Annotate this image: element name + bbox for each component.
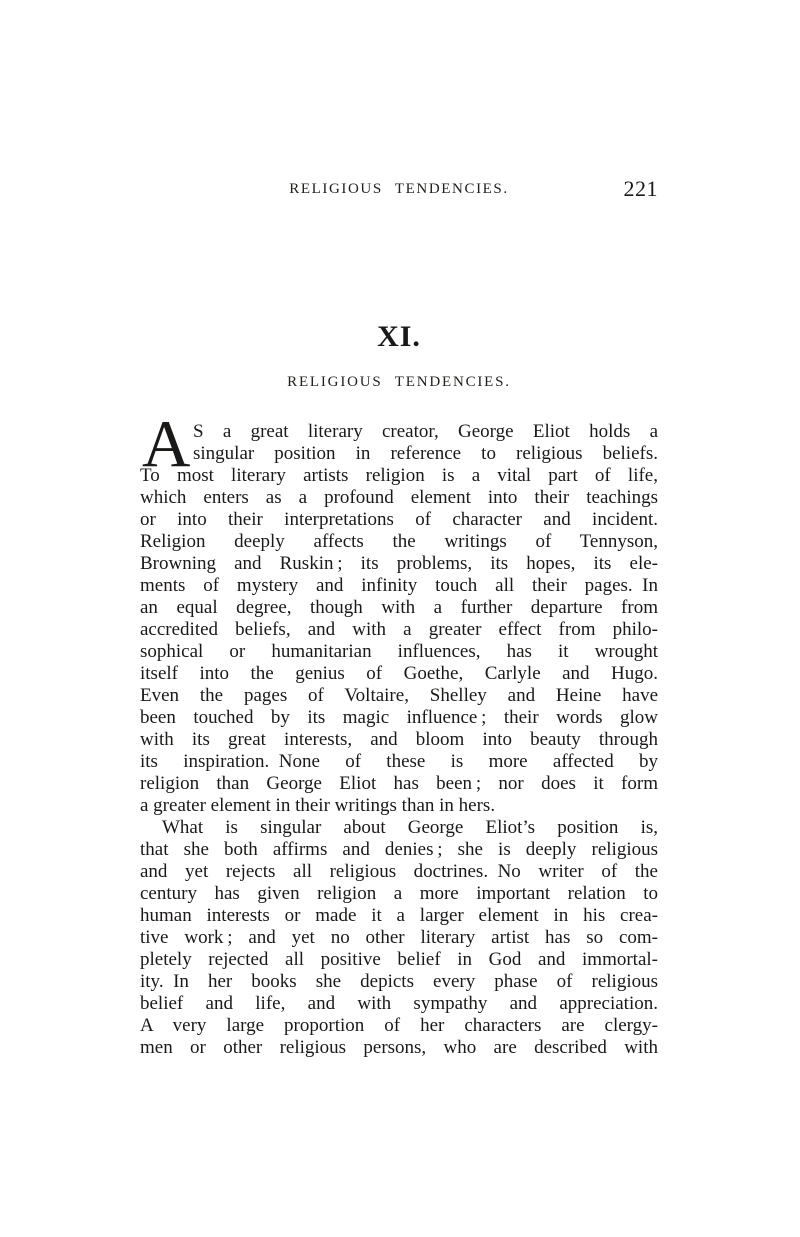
text-line: sophical or humanitarian influences, has…	[140, 641, 658, 663]
text-line: and yet rejects all religious doctrines.…	[140, 861, 658, 883]
text-line: What is singular about George Eliot’s po…	[140, 817, 658, 839]
text-line: men or other religious persons, who are …	[140, 1037, 658, 1059]
paragraph: What is singular about George Eliot’s po…	[140, 817, 658, 1059]
text-line: which enters as a profound element into …	[140, 487, 658, 509]
running-header: RELIGIOUS TENDENCIES. 221	[140, 179, 658, 201]
text-line: S a great literary creator, George Eliot…	[140, 421, 658, 443]
text-line: To most literary artists religion is a v…	[140, 465, 658, 487]
text-line: Even the pages of Voltaire, Shelley and …	[140, 685, 658, 707]
text-line: pletely rejected all positive belief in …	[140, 949, 658, 971]
text-line: ity. In her books she depicts every phas…	[140, 971, 658, 993]
text-line: human interests or made it a larger elem…	[140, 905, 658, 927]
text-line: tive work ; and yet no other literary ar…	[140, 927, 658, 949]
page-body-text: A S a great literary creator, George Eli…	[140, 421, 658, 1059]
text-line: belief and life, and with sympathy and a…	[140, 993, 658, 1015]
text-line: accredited beliefs, and with a greater e…	[140, 619, 658, 641]
text-line: that she both affirms and denies ; she i…	[140, 839, 658, 861]
text-line: singular position in reference to religi…	[140, 443, 658, 465]
text-line: ments of mystery and infinity touch all …	[140, 575, 658, 597]
text-line: century has given religion a more import…	[140, 883, 658, 905]
book-page: RELIGIOUS TENDENCIES. 221 XI. RELIGIOUS …	[0, 0, 800, 1237]
text-line: its inspiration. None of these is more a…	[140, 751, 658, 773]
text-line: an equal degree, though with a further d…	[140, 597, 658, 619]
text-line: A very large proportion of her character…	[140, 1015, 658, 1037]
text-line: been touched by its magic influence ; th…	[140, 707, 658, 729]
text-line: Browning and Ruskin ; its problems, its …	[140, 553, 658, 575]
text-line: itself into the genius of Goethe, Carlyl…	[140, 663, 658, 685]
running-header-title: RELIGIOUS TENDENCIES.	[140, 181, 658, 198]
page-number: 221	[624, 176, 659, 202]
chapter-title-heading: RELIGIOUS TENDENCIES.	[140, 374, 658, 391]
text-line: religion than George Eliot has been ; no…	[140, 773, 658, 795]
paragraph-opening: A S a great literary creator, George Eli…	[140, 421, 658, 817]
drop-cap: A	[142, 411, 190, 478]
text-line: or into their interpretations of charact…	[140, 509, 658, 531]
text-line: Religion deeply affects the writings of …	[140, 531, 658, 553]
text-line: a greater element in their writings than…	[140, 795, 658, 817]
text-line: with its great interests, and bloom into…	[140, 729, 658, 751]
chapter-number-heading: XI.	[140, 320, 658, 354]
